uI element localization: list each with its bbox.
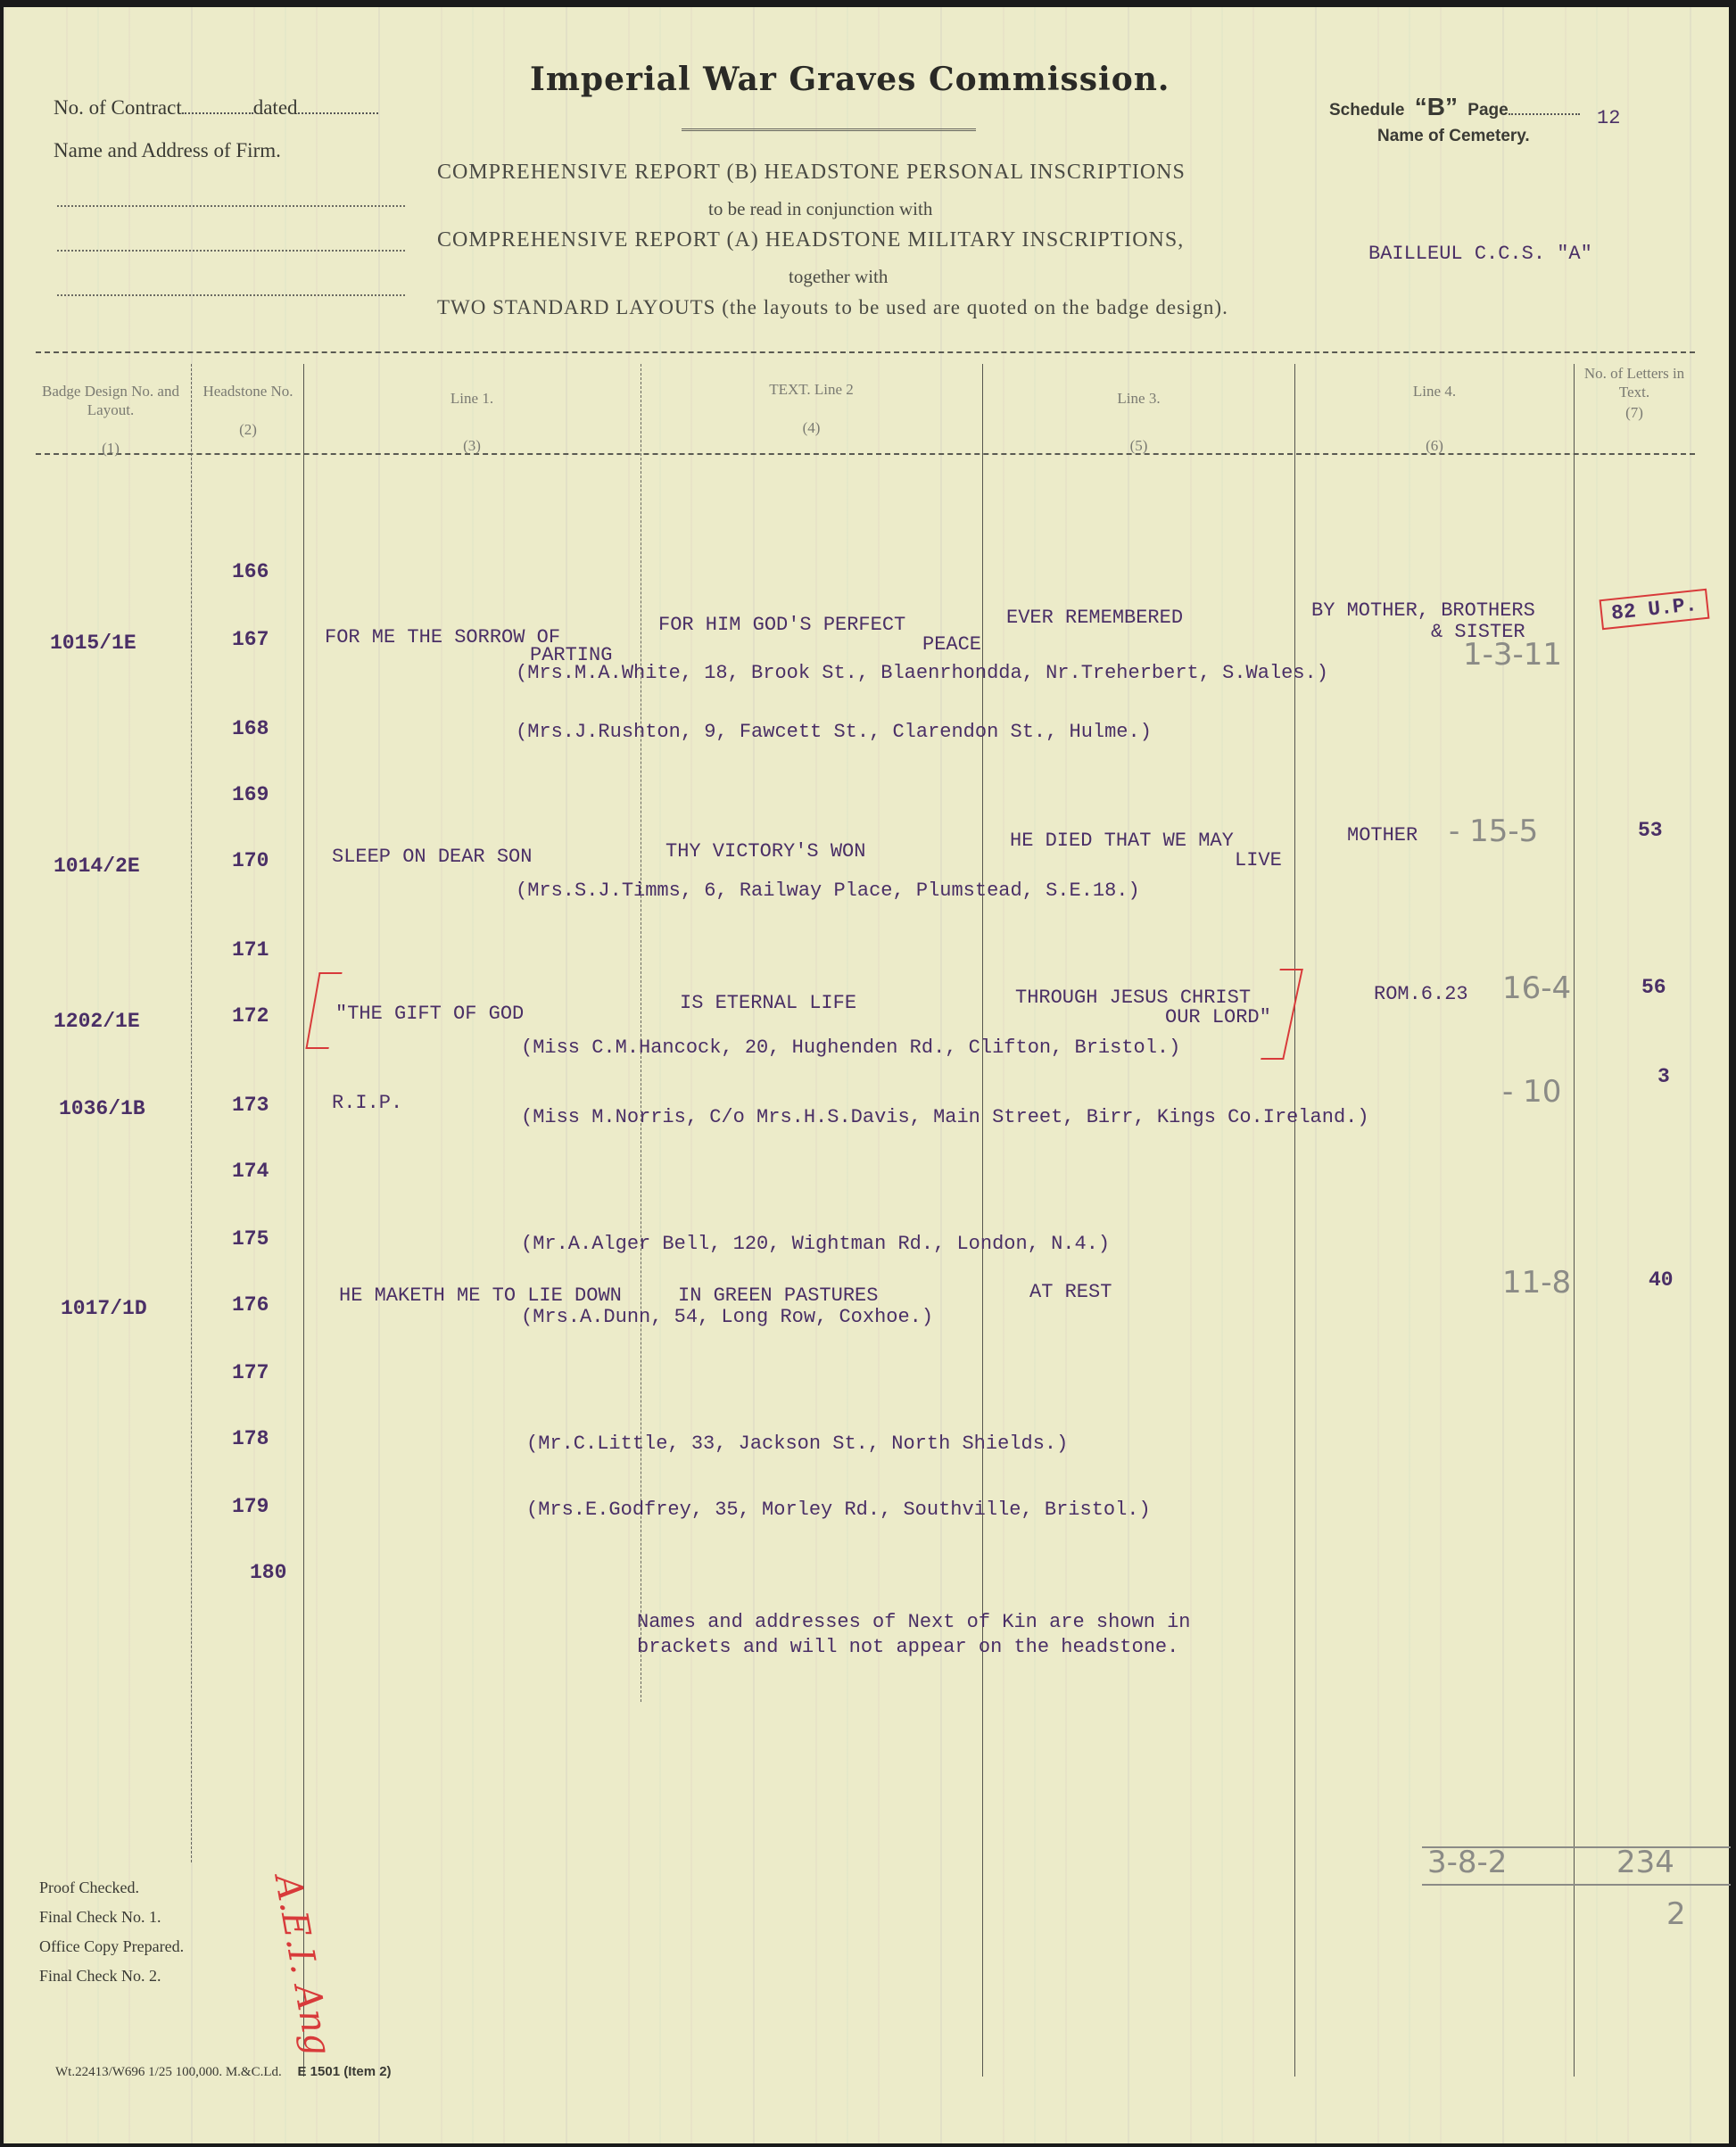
page-number: 12 bbox=[1597, 107, 1620, 129]
row170-letters: 53 bbox=[1638, 819, 1663, 842]
row170-next-of-kin: (Mrs.S.J.Timms, 6, Railway Place, Plumst… bbox=[516, 879, 1140, 902]
cemetery-name: BAILLEUL C.C.S. "A" bbox=[1368, 243, 1592, 265]
row167-line3: EVER REMEMBERED bbox=[1006, 607, 1183, 629]
footer-form-ref: E 1501 (Item 2) bbox=[298, 2064, 392, 2079]
cemetery-label: Name of Cemetery. bbox=[1377, 127, 1530, 146]
row170-pencil-note: - 15-5 bbox=[1449, 813, 1538, 849]
totals-right: 234 bbox=[1616, 1845, 1674, 1880]
row168-next-of-kin: (Mrs.J.Rushton, 9, Fawcett St., Clarendo… bbox=[516, 721, 1152, 743]
row167-line1: FOR ME THE SORROW OF bbox=[325, 626, 560, 648]
checks-list: Proof Checked. Final Check No. 1. Office… bbox=[39, 1873, 184, 1991]
headstone-166: 166 bbox=[232, 560, 269, 583]
row170-line2: THY VICTORY'S WON bbox=[665, 840, 865, 863]
badge-173: 1036/1B bbox=[59, 1097, 145, 1120]
row178-next-of-kin: (Mr.C.Little, 33, Jackson St., North Shi… bbox=[526, 1433, 1068, 1455]
headstone-177: 177 bbox=[232, 1361, 269, 1384]
headstone-175: 175 bbox=[232, 1227, 269, 1251]
next-of-kin-note-line2: brackets and will not appear on the head… bbox=[637, 1636, 1178, 1658]
next-of-kin-note-line1: Names and addresses of Next of Kin are s… bbox=[637, 1611, 1191, 1633]
column-header-badge: Badge Design No. and Layout.(1) bbox=[39, 382, 182, 458]
row172-line4: ROM.6.23 bbox=[1374, 983, 1468, 1005]
report-line-5: TWO STANDARD LAYOUTS (the layouts to be … bbox=[437, 296, 1228, 319]
report-line-2: to be read in conjunction with bbox=[708, 198, 932, 220]
headstone-167: 167 bbox=[232, 628, 269, 651]
check-final-1: Final Check No. 1. bbox=[39, 1903, 184, 1932]
check-final-2: Final Check No. 2. bbox=[39, 1961, 184, 1991]
badge-176: 1017/1D bbox=[61, 1297, 147, 1320]
row172-next-of-kin: (Miss C.M.Hancock, 20, Hughenden Rd., Cl… bbox=[521, 1036, 1180, 1059]
schedule-label: Schedule “B” Page bbox=[1329, 93, 1580, 121]
column-header-line1: Line 1.(3) bbox=[307, 389, 637, 455]
badge-170: 1014/2E bbox=[54, 855, 140, 878]
row176-next-of-kin: (Mrs.A.Dunn, 54, Long Row, Coxhoe.) bbox=[521, 1306, 933, 1328]
col-divider-6 bbox=[1574, 364, 1575, 2077]
col-divider-2 bbox=[303, 364, 304, 2077]
row167-line4: BY MOTHER, BROTHERS bbox=[1311, 599, 1535, 622]
row173-line1: R.I.P. bbox=[332, 1092, 402, 1114]
row172-line3-cont: OUR LORD" bbox=[1165, 1006, 1271, 1028]
report-line-1: COMPREHENSIVE REPORT (B) HEADSTONE PERSO… bbox=[437, 161, 1186, 185]
document-title: Imperial War Graves Commission. bbox=[530, 61, 1170, 98]
headstone-168: 168 bbox=[232, 717, 269, 740]
col-divider-1 bbox=[191, 364, 192, 1862]
headstone-172: 172 bbox=[232, 1004, 269, 1028]
headstone-180: 180 bbox=[250, 1561, 286, 1584]
headstone-176: 176 bbox=[232, 1293, 269, 1317]
column-header-line2: TEXT. Line 2(4) bbox=[644, 380, 979, 437]
row167-line2-cont: PEACE bbox=[922, 633, 981, 656]
headstone-169: 169 bbox=[232, 783, 269, 806]
footer-print-ref: Wt.22413/W696 1/25 100,000. M.&C.Ld. bbox=[55, 2065, 282, 2079]
row172-letters: 56 bbox=[1641, 976, 1666, 999]
row176-pencil-note: 11-8 bbox=[1502, 1265, 1571, 1301]
firm-line-1 bbox=[57, 205, 405, 207]
row170-line3-cont: LIVE bbox=[1235, 849, 1282, 871]
contract-label: No. of Contractdated bbox=[54, 96, 378, 120]
row176-letters: 40 bbox=[1649, 1268, 1674, 1292]
headstone-173: 173 bbox=[232, 1094, 269, 1117]
col-divider-5 bbox=[1294, 364, 1295, 2077]
document-page: No. of Contractdated Name and Address of… bbox=[4, 7, 1729, 2143]
firm-line-2 bbox=[57, 250, 405, 252]
row175-next-of-kin: (Mr.A.Alger Bell, 120, Wightman Rd., Lon… bbox=[521, 1233, 1110, 1255]
badge-172: 1202/1E bbox=[54, 1010, 140, 1033]
title-underline bbox=[682, 128, 976, 131]
headstone-178: 178 bbox=[232, 1427, 269, 1450]
row167-pencil-note: 1-3-11 bbox=[1463, 637, 1562, 673]
row172-pencil-note: 16-4 bbox=[1502, 970, 1571, 1006]
column-header-letters: No. of Letters in Text.(7) bbox=[1577, 364, 1691, 422]
row167-line2: FOR HIM GOD'S PERFECT bbox=[658, 614, 905, 636]
column-header-line3: Line 3.(5) bbox=[985, 389, 1293, 455]
firm-label: Name and Address of Firm. bbox=[54, 139, 281, 162]
row176-line2: IN GREEN PASTURES bbox=[678, 1284, 878, 1307]
firm-line-3 bbox=[57, 294, 405, 296]
row170-line1: SLEEP ON DEAR SON bbox=[332, 846, 532, 868]
totals-left: 3-8-2 bbox=[1427, 1845, 1507, 1880]
row167-letters: 82 U.P. bbox=[1600, 589, 1710, 630]
headstone-179: 179 bbox=[232, 1495, 269, 1518]
column-header-line4: Line 4.(6) bbox=[1297, 382, 1572, 455]
headstone-174: 174 bbox=[232, 1160, 269, 1183]
headstone-171: 171 bbox=[232, 938, 269, 962]
report-line-4: together with bbox=[789, 266, 888, 288]
table-top-rule bbox=[36, 351, 1695, 353]
row172-line1: "THE GIFT OF GOD bbox=[335, 1003, 524, 1025]
badge-167: 1015/1E bbox=[50, 632, 136, 655]
row173-next-of-kin: (Miss M.Norris, C/o Mrs.H.S.Davis, Main … bbox=[521, 1106, 1369, 1128]
row173-pencil-note: - 10 bbox=[1502, 1074, 1561, 1110]
check-office-copy: Office Copy Prepared. bbox=[39, 1932, 184, 1961]
row179-next-of-kin: (Mrs.E.Godfrey, 35, Morley Rd., Southvil… bbox=[526, 1499, 1151, 1521]
row176-line1: HE MAKETH ME TO LIE DOWN bbox=[339, 1284, 622, 1307]
row170-line3: HE DIED THAT WE MAY bbox=[1010, 830, 1234, 852]
row167-next-of-kin: (Mrs.M.A.White, 18, Brook St., Blaenrhon… bbox=[516, 662, 1328, 684]
headstone-170: 170 bbox=[232, 849, 269, 872]
report-line-3: COMPREHENSIVE REPORT (A) HEADSTONE MILIT… bbox=[437, 228, 1184, 252]
row173-letters: 3 bbox=[1657, 1065, 1670, 1088]
row170-line4: MOTHER bbox=[1347, 824, 1418, 846]
footer: Wt.22413/W696 1/25 100,000. M.&C.Ld. E 1… bbox=[55, 2064, 392, 2080]
col-divider-4 bbox=[982, 364, 983, 2077]
row172-line2: IS ETERNAL LIFE bbox=[680, 992, 856, 1014]
signature: A.E.I. Ang bbox=[267, 1871, 339, 2059]
column-header-headstone: Headstone No.(2) bbox=[193, 382, 303, 439]
row176-line3: AT REST bbox=[1029, 1281, 1112, 1303]
totals-below: 2 bbox=[1666, 1896, 1686, 1932]
check-proof: Proof Checked. bbox=[39, 1873, 184, 1903]
